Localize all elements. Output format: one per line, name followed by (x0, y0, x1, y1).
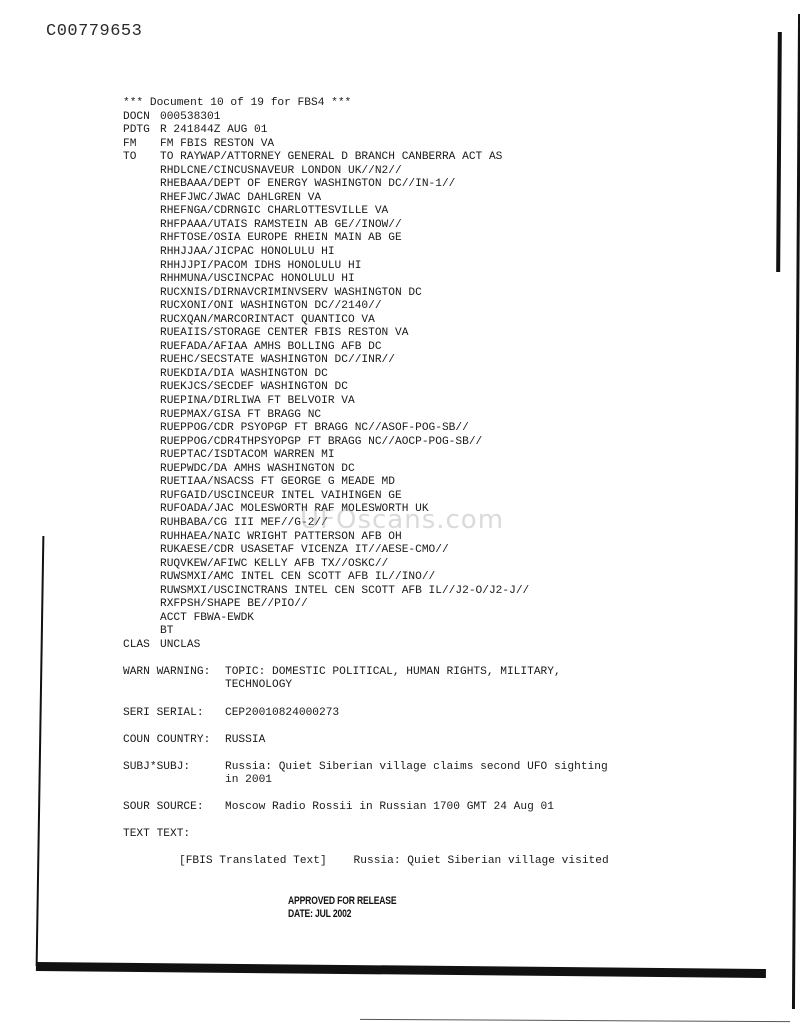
subject-line-2: in 2001 (225, 774, 272, 786)
recipient: RUWSMXI/USCINCTRANS INTEL CEN SCOTT AFB … (123, 585, 609, 599)
warning-line-2: TECHNOLOGY (225, 679, 292, 691)
to-label: TO (123, 151, 160, 165)
recipient: RUEKJCS/SECDEF WASHINGTON DC (123, 381, 609, 395)
country-label: COUN COUNTRY: (123, 734, 225, 748)
to-value: TO RAYWAP/ATTORNEY GENERAL D BRANCH CANB… (160, 151, 502, 165)
recipient: RHEFNGA/CDRNGIC CHARLOTTESVILLE VA (123, 205, 609, 219)
document-banner: *** Document 10 of 19 for FBS4 *** (123, 97, 609, 111)
warning-field: WARN WARNING: TOPIC: DOMESTIC POLITICAL,… (123, 666, 609, 693)
recipient: RUEPPOG/CDR4THPSYOPGP FT BRAGG NC//AOCP-… (123, 436, 609, 450)
release-stamp-line-1: APPROVED FOR RELEASE (288, 895, 396, 908)
subject-value: Russia: Quiet Siberian village claims se… (225, 761, 608, 788)
serial-field: SERI SERIAL: CEP20010824000273 (123, 707, 609, 721)
country-value: RUSSIA (225, 734, 265, 748)
recipient: RHDLCNE/CINCUSNAVEUR LONDON UK//N2// (123, 165, 609, 179)
recipient: RUQVKEW/AFIWC KELLY AFB TX//OSKC// (123, 558, 609, 572)
recipient: RUETIAA/NSACSS FT GEORGE G MEADE MD (123, 476, 609, 490)
left-border-line (36, 536, 45, 966)
pdtg-value: R 241844Z AUG 01 (160, 124, 267, 138)
text-field: TEXT TEXT: (123, 828, 609, 842)
watermark: UFOscans.com (300, 505, 504, 535)
pdtg-label: PDTG (123, 124, 160, 138)
subject-label: SUBJ*SUBJ: (123, 761, 225, 788)
recipient: RUEKDIA/DIA WASHINGTON DC (123, 368, 609, 382)
document-control-number: C00779653 (46, 22, 142, 41)
recipient: RHHMUNA/USCINCPAC HONOLULU HI (123, 273, 609, 287)
to-row: TO TO RAYWAP/ATTORNEY GENERAL D BRANCH C… (123, 151, 609, 165)
recipient: RUEPTAC/ISDTACOM WARREN MI (123, 449, 609, 463)
clas-label: CLAS (123, 639, 160, 653)
recipient: RHHJJPI/PACOM IDHS HONOLULU HI (123, 260, 609, 274)
recipient: RHFTOSE/OSIA EUROPE RHEIN MAIN AB GE (123, 232, 609, 246)
docn-label: DOCN (123, 111, 160, 125)
bt-line: BT (123, 625, 609, 639)
recipient: RUEPMAX/GISA FT BRAGG NC (123, 409, 609, 423)
recipient: RHFPAAA/UTAIS RAMSTEIN AB GE//INOW// (123, 219, 609, 233)
text-label: TEXT TEXT: (123, 828, 225, 842)
recipient: RUEHC/SECSTATE WASHINGTON DC//INR// (123, 354, 609, 368)
clas-row: CLAS UNCLAS (123, 639, 609, 653)
recipient: RHEBAAA/DEPT OF ENERGY WASHINGTON DC//IN… (123, 178, 609, 192)
recipient: RXFPSH/SHAPE BE//PIO// (123, 598, 609, 612)
right-border-line-inner (776, 32, 782, 272)
bottom-page-edge (360, 1019, 790, 1022)
fm-row: FM FM FBIS RESTON VA (123, 138, 609, 152)
recipient: RUEPPOG/CDR PSYOPGP FT BRAGG NC//ASOF-PO… (123, 422, 609, 436)
translated-text-line: [FBIS Translated Text] Russia: Quiet Sib… (123, 855, 609, 869)
subject-line-1: Russia: Quiet Siberian village claims se… (225, 761, 608, 773)
fm-label: FM (123, 138, 160, 152)
warning-value: TOPIC: DOMESTIC POLITICAL, HUMAN RIGHTS,… (225, 666, 561, 693)
recipient: RUEPINA/DIRLIWA FT BELVOIR VA (123, 395, 609, 409)
right-border-line-outer (792, 14, 800, 1009)
recipient: RUCXONI/ONI WASHINGTON DC//2140// (123, 300, 609, 314)
release-stamp-line-2: DATE: JUL 2002 (288, 908, 396, 921)
bottom-border-bar (36, 962, 766, 978)
country-field: COUN COUNTRY: RUSSIA (123, 734, 609, 748)
acct-line: ACCT FBWA-EWDK (123, 612, 609, 626)
recipient-list: RHDLCNE/CINCUSNAVEUR LONDON UK//N2// RHE… (123, 165, 609, 612)
recipient: RUCXQAN/MARCORINTACT QUANTICO VA (123, 314, 609, 328)
docn-value: 000538301 (160, 111, 220, 125)
recipient: RUWSMXI/AMC INTEL CEN SCOTT AFB IL//INO/… (123, 571, 609, 585)
recipient: RUKAESE/CDR USASETAF VICENZA IT//AESE-CM… (123, 544, 609, 558)
source-label: SOUR SOURCE: (123, 801, 225, 815)
serial-value: CEP20010824000273 (225, 707, 339, 721)
recipient: RUCXNIS/DIRNAVCRIMINVSERV WASHINGTON DC (123, 287, 609, 301)
release-stamp: APPROVED FOR RELEASE DATE: JUL 2002 (288, 895, 396, 921)
recipient: RHHJJAA/JICPAC HONOLULU HI (123, 246, 609, 260)
clas-value: UNCLAS (160, 639, 200, 653)
docn-row: DOCN 000538301 (123, 111, 609, 125)
subject-field: SUBJ*SUBJ: Russia: Quiet Siberian villag… (123, 761, 609, 788)
recipient: RUFGAID/USCINCEUR INTEL VAIHINGEN GE (123, 490, 609, 504)
warning-label: WARN WARNING: (123, 666, 225, 693)
source-value: Moscow Radio Rossii in Russian 1700 GMT … (225, 801, 554, 815)
recipient: RUEPWDC/DA AMHS WASHINGTON DC (123, 463, 609, 477)
warning-line-1: TOPIC: DOMESTIC POLITICAL, HUMAN RIGHTS,… (225, 666, 561, 678)
source-field: SOUR SOURCE: Moscow Radio Rossii in Russ… (123, 801, 609, 815)
serial-label: SERI SERIAL: (123, 707, 225, 721)
fm-value: FM FBIS RESTON VA (160, 138, 274, 152)
message-body: *** Document 10 of 19 for FBS4 *** DOCN … (123, 97, 609, 869)
recipient: RHEFJWC/JWAC DAHLGREN VA (123, 192, 609, 206)
recipient: RUEAIIS/STORAGE CENTER FBIS RESTON VA (123, 327, 609, 341)
pdtg-row: PDTG R 241844Z AUG 01 (123, 124, 609, 138)
recipient: RUEFADA/AFIAA AMHS BOLLING AFB DC (123, 341, 609, 355)
